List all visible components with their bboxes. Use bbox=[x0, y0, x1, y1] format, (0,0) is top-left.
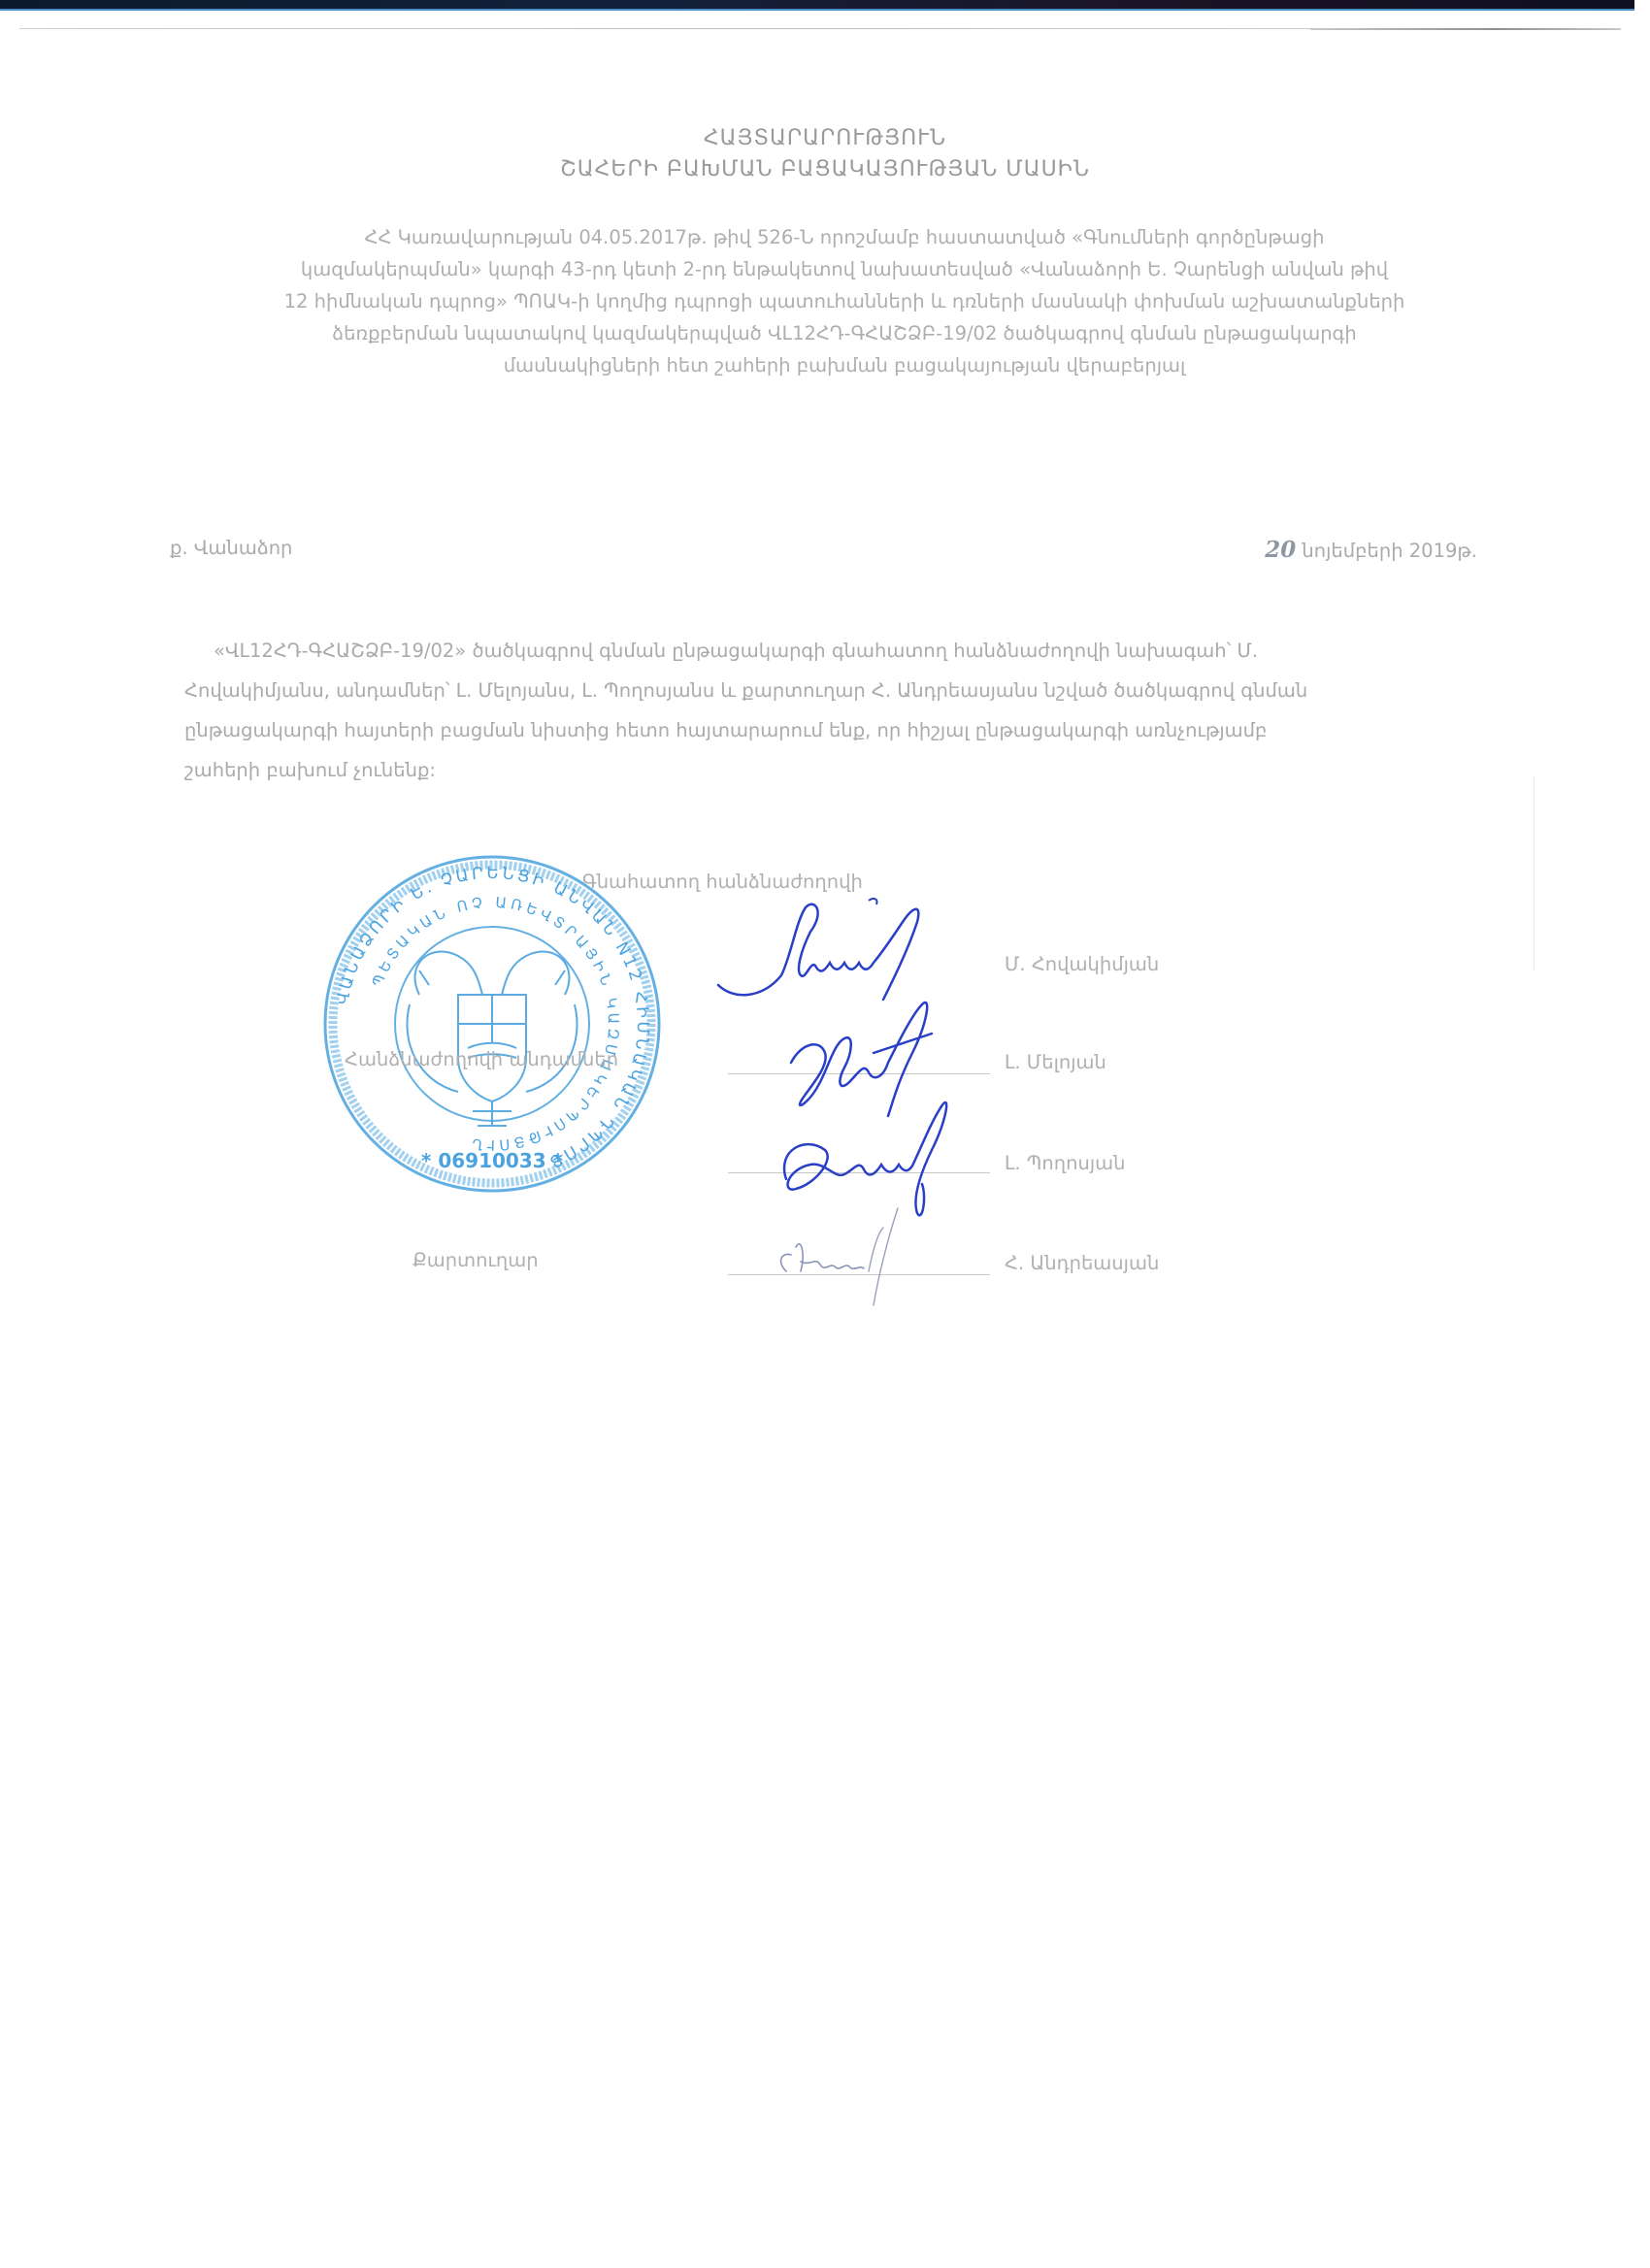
preamble-line: 12 հիմնական դպրոց» ՊՈԱԿ-ի կողմից դպրոցի … bbox=[204, 285, 1485, 317]
body-line: շահերի բախում չունենք: bbox=[184, 750, 1485, 790]
preamble-line: ձեռքբերման նպատակով կազմակերպված ՎԼ12ՀԴ-… bbox=[204, 317, 1485, 349]
signature-chair bbox=[713, 893, 966, 1009]
chair-label: Գնահատող հանձնաժողովի bbox=[582, 871, 863, 893]
date-day-handwritten: 20 bbox=[1265, 537, 1296, 563]
scan-artifact-line bbox=[1534, 776, 1534, 970]
date-month-year: նոյեմբերի 2019թ. bbox=[1296, 540, 1477, 562]
document-title: ՀԱՅՏԱՐԱՐՈՒԹՅՈՒՆ bbox=[0, 126, 1650, 150]
declaration-body: «ՎԼ12ՀԴ-ԳՀԱՇՁԲ-19/02» ծածկագրով գնման ըն… bbox=[184, 631, 1485, 790]
scanner-fold-line-right bbox=[1310, 28, 1621, 30]
preamble-line: ՀՀ Կառավարության 04.05.2017թ. թիվ 526-Ն … bbox=[204, 221, 1485, 253]
body-line: Հովակիմյանս, անդամներ՝ Լ. Մելոյանս, Լ. Պ… bbox=[184, 671, 1485, 710]
scanner-edge-bar bbox=[0, 0, 1634, 11]
document-subtitle: ՇԱՀԵՐԻ ԲԱԽՄԱՆ ԲԱՑԱԿԱՅՈՒԹՅԱՆ ՄԱՍԻՆ bbox=[0, 157, 1650, 181]
document-place: ք. Վանաձոր bbox=[170, 537, 292, 559]
official-stamp: ՎԱՆԱՁՈՐԻ Ե. ՉԱՐԵՆՑԻ ԱՆՎԱՆ N12 ՀԻՄՆԱԿԱՆ Դ… bbox=[313, 849, 672, 1199]
document-date: 20 նոյեմբերի 2019թ. bbox=[1265, 537, 1477, 563]
signer-name-member: Լ. Պողոսյան bbox=[1005, 1152, 1126, 1174]
signer-name-secretary: Հ. Անդրեասյան bbox=[1005, 1252, 1159, 1274]
body-line: «ՎԼ12ՀԴ-ԳՀԱՇՁԲ-19/02» ծածկագրով գնման ըն… bbox=[184, 631, 1485, 671]
preamble-line: կազմակերպման» կարգի 43-րդ կետի 2-րդ ենթա… bbox=[204, 253, 1485, 285]
preamble-line: մասնակիցների հետ շահերի բախման բացակայու… bbox=[204, 349, 1485, 381]
body-line: ընթացակարգի հայտերի բացման նիստից հետո հ… bbox=[184, 710, 1485, 750]
preamble: ՀՀ Կառավարության 04.05.2017թ. թիվ 526-Ն … bbox=[204, 221, 1485, 381]
scanner-fold-line bbox=[19, 28, 1330, 29]
secretary-label: Քարտուղար bbox=[412, 1249, 539, 1271]
signer-name-chair: Մ. Հովակիմյան bbox=[1005, 953, 1159, 975]
signature-secretary bbox=[757, 1199, 961, 1315]
signer-name-member: Լ. Մելոյան bbox=[1005, 1051, 1106, 1073]
stamp-number: * 06910033 * bbox=[421, 1149, 564, 1172]
members-label: Հանձնաժողովի անդամներ bbox=[345, 1048, 618, 1070]
